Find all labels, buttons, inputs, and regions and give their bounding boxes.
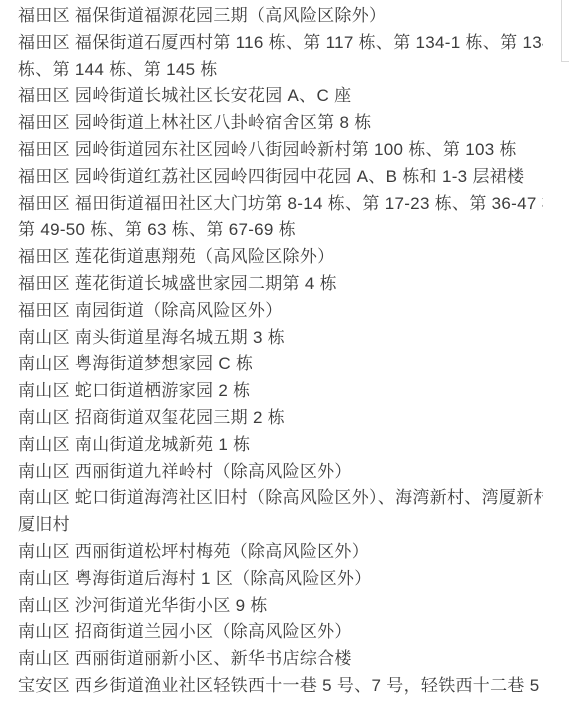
risk-area-line: 南山区 招商街道兰园小区（除高风险区外）: [18, 619, 543, 646]
risk-area-line: 福田区 福保街道福源花园三期（高风险区除外）: [18, 3, 543, 30]
risk-area-line: 南山区 南山街道龙城新苑 1 栋: [18, 432, 543, 459]
risk-area-line: 福田区 福保街道石厦西村第 116 栋、第 117 栋、第 134-1 栋、第 …: [18, 30, 543, 57]
risk-area-line: 南山区 粤海街道梦想家园 C 栋: [18, 351, 543, 378]
risk-area-line: 第 49-50 栋、第 63 栋、第 67-69 栋: [18, 217, 543, 244]
risk-area-line: 南山区 西丽街道丽新小区、新华书店综合楼: [18, 646, 543, 673]
risk-area-line: 栋、第 144 栋、第 145 栋: [18, 57, 543, 84]
risk-area-line: 宝安区 西乡街道渔业社区轻铁西十一巷 5 号、7 号，轻铁西十二巷 5 号、6: [18, 673, 543, 700]
risk-area-line: 南山区 南头街道星海名城五期 3 栋: [18, 325, 543, 352]
risk-area-line: 南山区 蛇口街道海湾社区旧村（除高风险区外）、海湾新村、湾厦新村、湾: [18, 485, 543, 512]
partial-border-box: [561, 0, 569, 62]
risk-area-line: 南山区 西丽街道松坪村梅苑（除高风险区外）: [18, 539, 543, 566]
risk-area-line: 福田区 园岭街道园东社区园岭八街园岭新村第 100 栋、第 103 栋: [18, 137, 543, 164]
risk-area-line: 南山区 西丽街道九祥岭村（除高风险区外）: [18, 459, 543, 486]
risk-area-line: 福田区 南园街道（除高风险区外）: [18, 298, 543, 325]
risk-area-list: 福田区 福保街道福源花园三期（高风险区除外） 福田区 福保街道石厦西村第 116…: [18, 3, 543, 700]
risk-area-line: 福田区 园岭街道长城社区长安花园 A、C 座: [18, 83, 543, 110]
risk-area-line: 南山区 沙河街道光华街小区 9 栋: [18, 593, 543, 620]
risk-area-line: 南山区 粤海街道后海村 1 区（除高风险区外）: [18, 566, 543, 593]
risk-area-line: 福田区 福田街道福田社区大门坊第 8-14 栋、第 17-23 栋、第 36-4…: [18, 191, 543, 218]
risk-area-line: 厦旧村: [18, 512, 543, 539]
risk-area-line: 福田区 园岭街道上林社区八卦岭宿舍区第 8 栋: [18, 110, 543, 137]
risk-area-line: 福田区 园岭街道红荔社区园岭四街园中花园 A、B 栋和 1-3 层裙楼: [18, 164, 543, 191]
risk-area-line: 南山区 蛇口街道栖游家园 2 栋: [18, 378, 543, 405]
risk-area-line: 福田区 莲花街道惠翔苑（高风险区除外）: [18, 244, 543, 271]
risk-area-line: 福田区 莲花街道长城盛世家园二期第 4 栋: [18, 271, 543, 298]
risk-area-line: 南山区 招商街道双玺花园三期 2 栋: [18, 405, 543, 432]
